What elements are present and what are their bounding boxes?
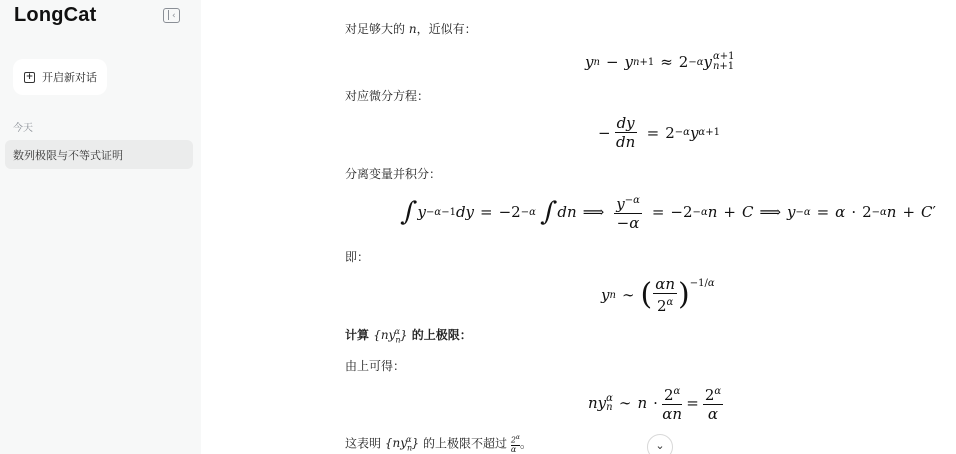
equation-integration: ∫y−α−1dy=−2−α∫dn⟹y−α−α=−2−αn+C⟹y−α=α·2−α… xyxy=(402,193,936,231)
new-chat-plus-icon: + xyxy=(24,72,35,83)
text: ，近似有： xyxy=(417,22,477,36)
equation-difference: yn−yn+1≈2−αyα+1n+1 xyxy=(585,52,734,72)
text: 对足够大的 xyxy=(345,22,409,36)
text: 这表明 xyxy=(345,436,385,450)
section-heading: 计算 {nynα} 的上极限： xyxy=(345,326,472,344)
equation-asymptotic: yn∼(αn2α)−1/α xyxy=(601,276,715,314)
history-item-label: 数列极限与不等式证明 xyxy=(13,147,123,163)
history-section-today: 今天 xyxy=(13,119,33,134)
paragraph: 对应微分方程： xyxy=(345,87,429,104)
paragraph: 即： xyxy=(345,248,369,265)
history-item[interactable]: 数列极限与不等式证明 xyxy=(5,140,193,169)
paragraph: 分离变量并积分： xyxy=(345,165,441,182)
text: 计算 xyxy=(345,328,373,342)
chat-main: 对足够大的 n，近似有： yn−yn+1≈2−αyα+1n+1 对应微分方程： … xyxy=(201,0,956,454)
sidebar-collapse-icon: ‹ xyxy=(172,11,176,21)
paragraph: 这表明 {nynα} 的上极限不超过 2αα。 xyxy=(345,434,532,454)
new-chat-label: 开启新对话 xyxy=(42,69,97,85)
new-chat-button[interactable]: + 开启新对话 xyxy=(13,59,107,95)
app-logo: LongCat xyxy=(14,4,97,27)
equation-differential: −dydn=2−αyα+1 xyxy=(598,115,720,150)
text: 的上极限： xyxy=(408,328,472,342)
math-inline: n xyxy=(409,22,417,36)
text: 的上极限不超过 xyxy=(419,436,511,450)
paragraph: 对足够大的 n，近似有： xyxy=(345,20,477,37)
sidebar: LongCat ‹ + 开启新对话 今天 数列极限与不等式证明 xyxy=(0,0,201,454)
scroll-to-bottom-button[interactable]: ⌄ xyxy=(647,434,673,454)
chevron-down-icon: ⌄ xyxy=(655,439,664,452)
equation-limit: nyαn∼n·2ααn=2αα xyxy=(588,384,727,422)
text: 。 xyxy=(520,436,532,450)
paragraph: 由上可得： xyxy=(345,357,405,374)
sidebar-collapse-button[interactable]: ‹ xyxy=(163,8,180,23)
